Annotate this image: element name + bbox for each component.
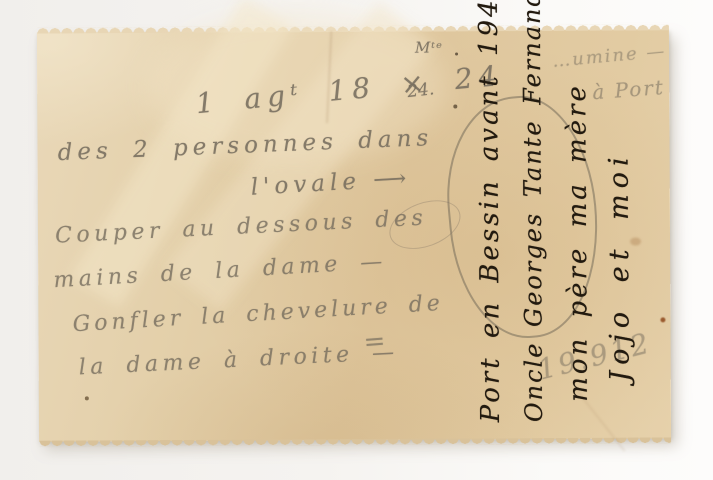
deckled-edge-bottom [39,437,671,446]
stain-spot [660,317,665,322]
pencil-instruction-line: la dame à droite — [78,340,399,381]
ink-caption-line-place-date: Port en Bessin avant 1940 [471,40,509,422]
ink-caption-line-uncle-aunt: Oncle Georges Tante Fernande [514,38,552,422]
stain-spot [85,396,89,400]
pencil-double-dash-mark: = [362,326,386,358]
ink-caption-line-jojo: Jojo et moi [602,170,639,382]
pencil-addressee-fragment: Mᵗᵉ [415,39,443,57]
ink-caption-line-parents: mon père ma mère [559,124,596,402]
photo-verso-paper: Mᵗᵉ 24. 1 agᵗ 18 × 24 des 2 personnes da… [37,29,671,441]
scan-background: Mᵗᵉ 24. 1 agᵗ 18 × 24 des 2 personnes da… [0,0,713,480]
stain-spot [453,104,457,108]
pencil-faded-name-fragment: …umine — [551,40,667,71]
stain-spot [455,52,458,55]
pencil-faded-place-fragment: à Port [591,75,665,104]
pencil-instruction-line: Gonfler la chevelure de [72,291,444,337]
